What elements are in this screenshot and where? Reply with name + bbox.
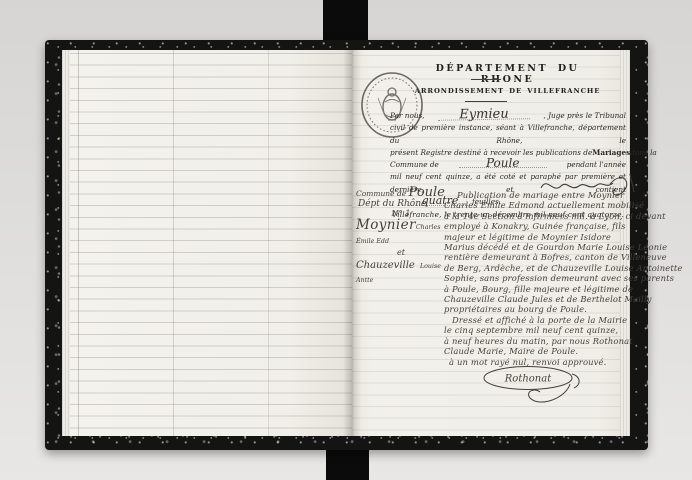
act-line: rentière demeurant à Bofres, canton de V… — [444, 252, 624, 262]
act-line: Charles Émile Edmond actuellement mobili… — [444, 200, 624, 210]
cert-line4-pre: Commune de — [390, 159, 439, 171]
arrondissement-title: ARRONDISSEMENT DE VILLEFRANCHE — [407, 87, 608, 95]
act-line: majeur et légitime de Moynier Isidore — [444, 232, 624, 242]
mayor-signature: Rothonat — [476, 364, 608, 412]
header-rule — [471, 79, 501, 80]
cert-line-2: civil de première instance, séant à Vill… — [390, 122, 626, 147]
register-scan-photo: DÉPARTEMENT DU RHONE ARRONDISSEMENT DE V… — [0, 0, 692, 480]
bride-surname: Chauzeville — [356, 260, 415, 271]
mariages-word: Mariages — [592, 147, 630, 159]
commune-fill: Poule — [459, 159, 547, 168]
act-line: à neuf heures du matin, par nous Rothona… — [444, 336, 624, 346]
register-book: DÉPARTEMENT DU RHONE ARRONDISSEMENT DE V… — [45, 40, 648, 450]
groom-name: MoynierCharles Émile Edd — [356, 219, 446, 247]
act-line: à la 14e Section d'infirmiers mil. à Lyo… — [444, 211, 624, 221]
act-line: Marius décédé et de Gourdon Marie Louise… — [444, 242, 624, 252]
department-title: DÉPARTEMENT DU RHONE — [407, 63, 608, 85]
header-rule — [465, 101, 507, 102]
book-strap-bottom — [326, 448, 369, 480]
act-line: le cinq septembre mil neuf cent quinze, — [444, 325, 624, 335]
right-page: DÉPARTEMENT DU RHONE ARRONDISSEMENT DE V… — [352, 50, 620, 436]
act-line: Sophie, sans profession demeurant avec s… — [444, 273, 624, 283]
act-line: employé à Konakry, Guinée française, fil… — [444, 221, 624, 231]
book-gutter — [343, 50, 361, 436]
open-pages: DÉPARTEMENT DU RHONE ARRONDISSEMENT DE V… — [62, 50, 630, 436]
act-line: Publication de mariage entre Moynier — [444, 190, 624, 200]
cert-line3-post: dans la — [630, 147, 656, 159]
act-line: Chauzeville Claude Jules et de Berthelot… — [444, 294, 624, 304]
act-text: Publication de mariage entre Moynier Cha… — [444, 190, 624, 367]
conjunction-et: et — [356, 247, 446, 258]
margin-annotation: Commune de Poule Dépt du Rhône N° 1 Moyn… — [356, 188, 446, 286]
judge-name-fill: Eymieu — [438, 110, 530, 121]
mayor-signature-name: Rothonat — [504, 374, 552, 385]
bride-name: Chauzeville Louise Antte — [356, 258, 446, 286]
commune-note-value: Poule — [409, 185, 445, 200]
act-line: Dressé et affiché à la porte de la Mairi… — [444, 315, 624, 325]
act-line: à Poule, Bourg, fille majeure et légitim… — [444, 284, 624, 294]
cert-line1-pre: Par nous, — [390, 110, 425, 122]
cert-line-1: Par nous, Eymieu , Juge près le Tribunal — [390, 110, 626, 122]
department-note: Dépt du Rhône — [356, 199, 446, 209]
blank-left-page — [70, 50, 352, 436]
groom-surname: Moynier — [356, 217, 416, 233]
act-line: de Berg, Ardèche, et de Chauzeville Loui… — [444, 263, 624, 273]
commune-note-label: Commune de — [356, 189, 406, 198]
act-line: Claude Marie, Maire de Poule. — [444, 346, 624, 356]
act-line: propriétaires au bourg de Poule. — [444, 304, 624, 314]
page-edge-left — [62, 50, 70, 436]
cert-line1-post: , Juge près le Tribunal — [543, 110, 626, 122]
commune-note: Commune de Poule — [356, 188, 446, 199]
